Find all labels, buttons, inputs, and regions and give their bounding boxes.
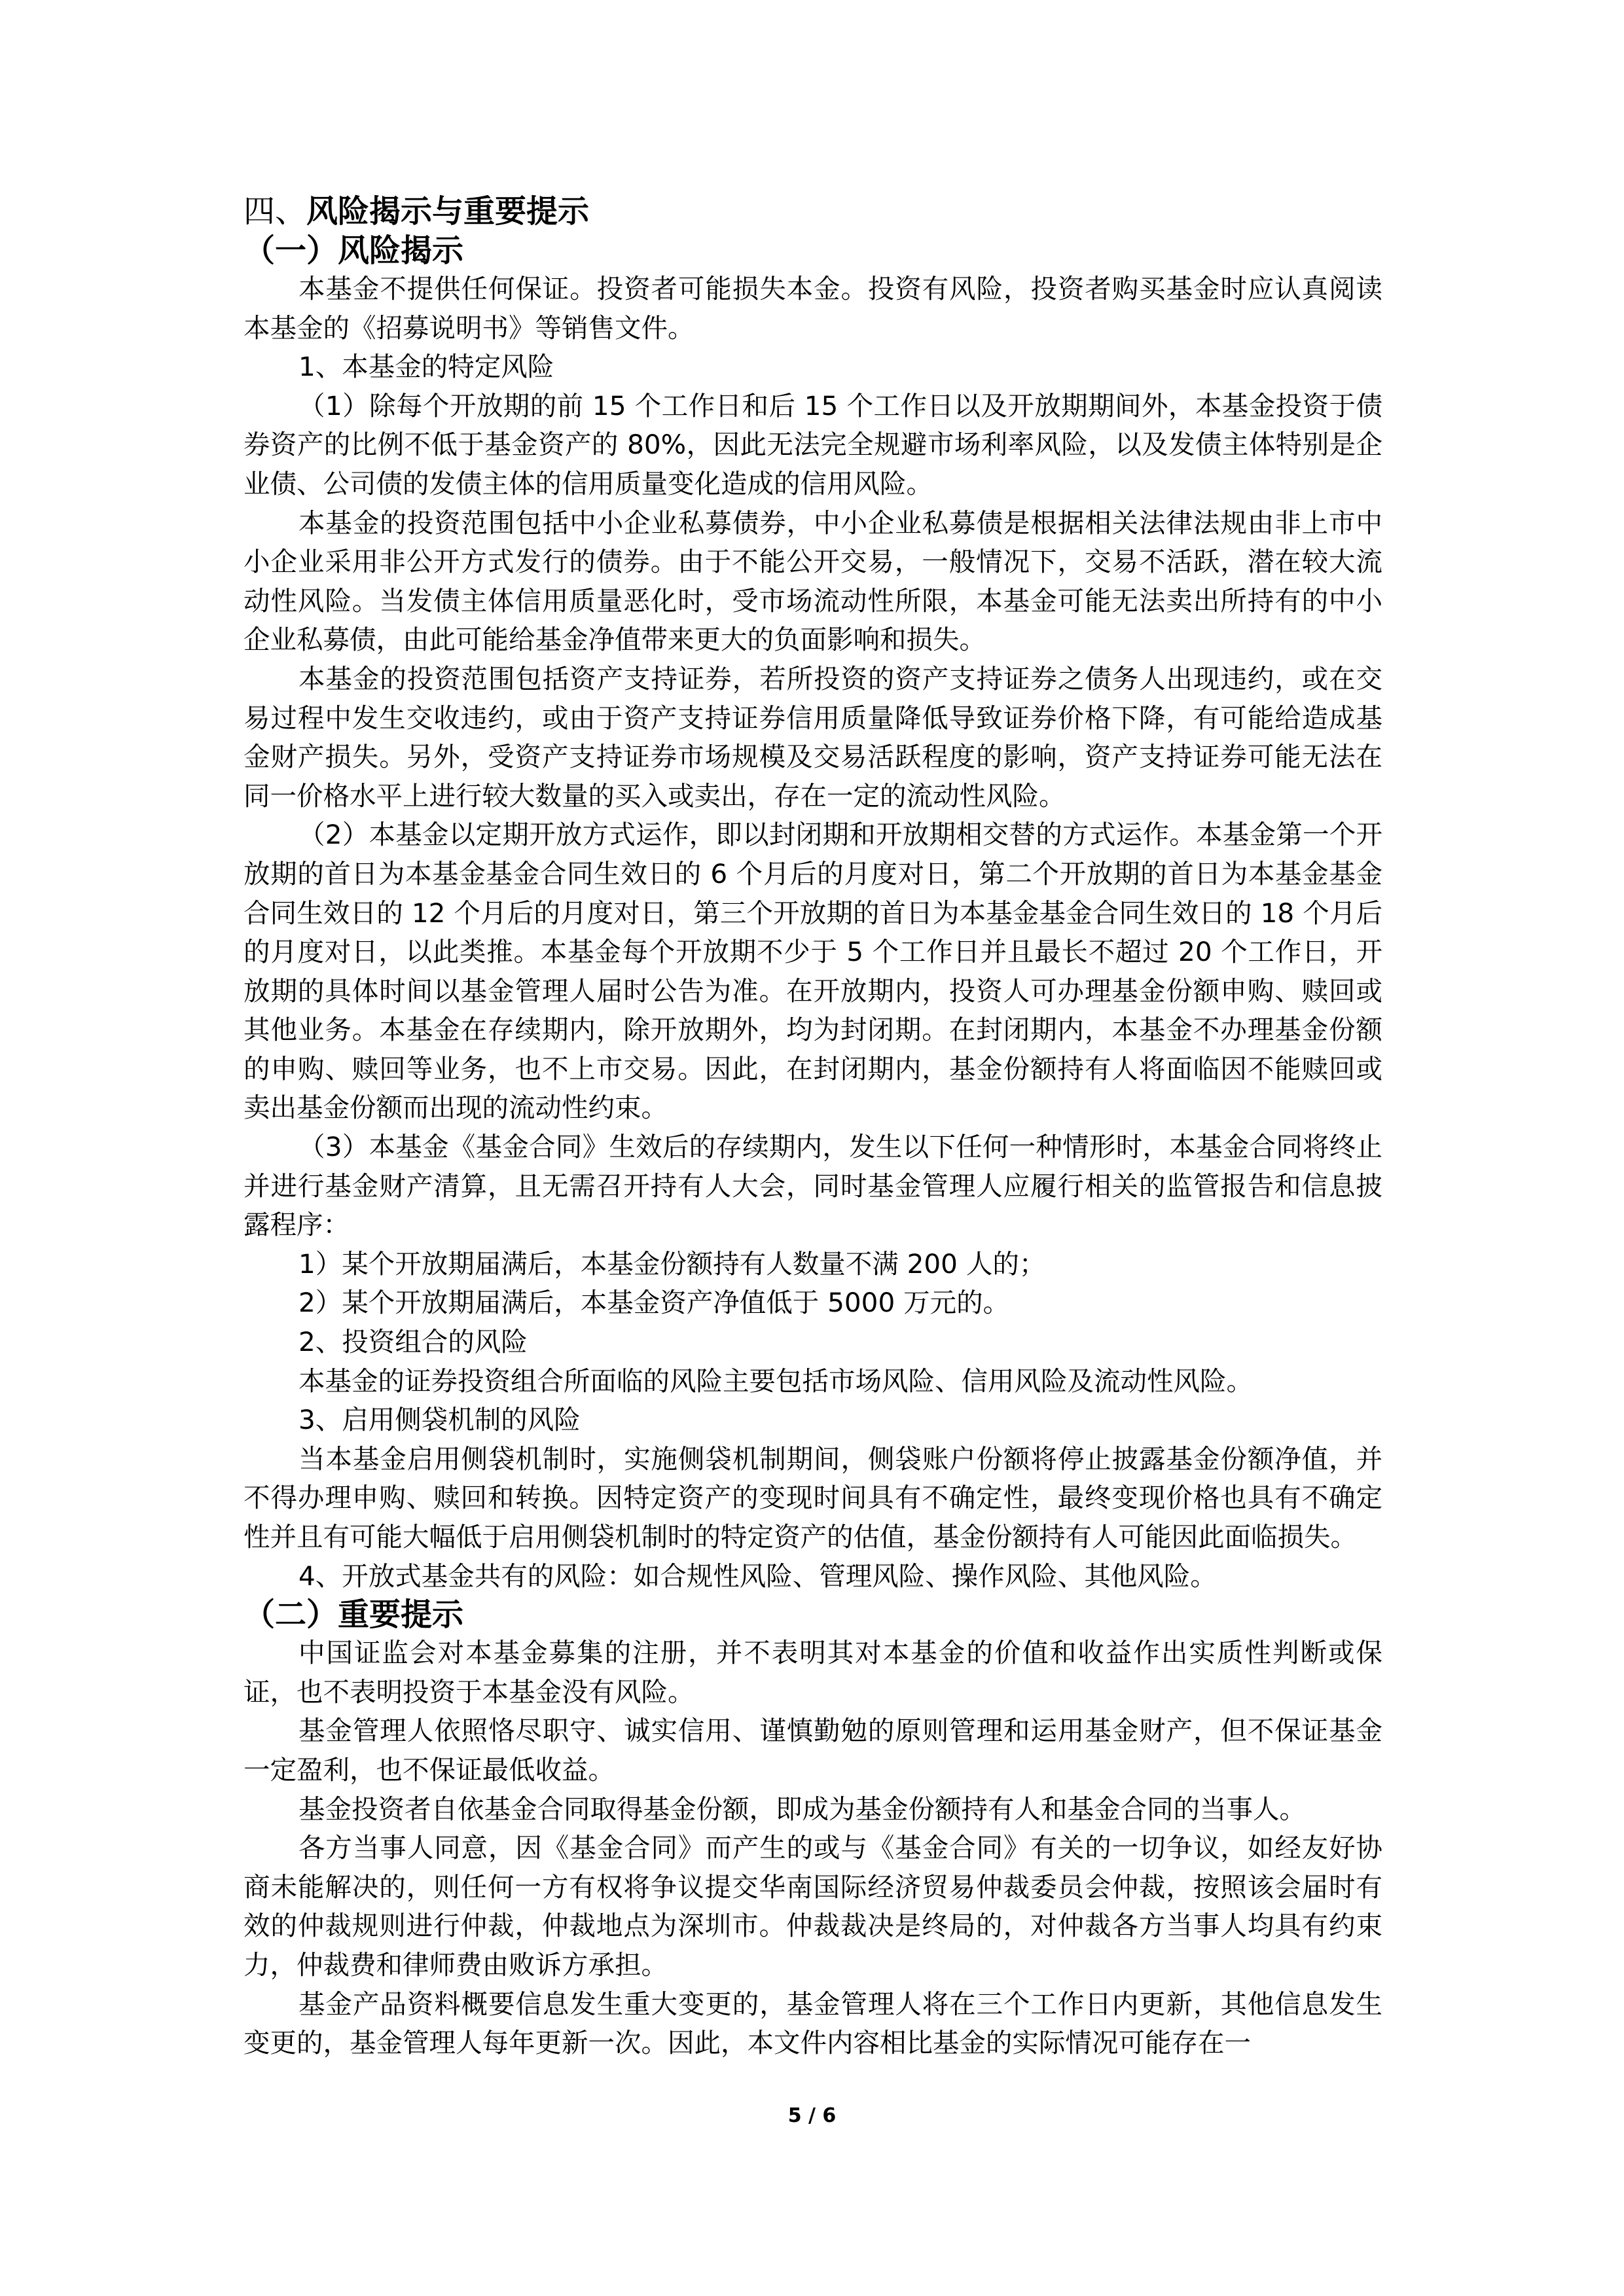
paragraph-risk-3: （3）本基金《基金合同》生效后的存续期内，发生以下任何一种情形时，本基金合同将终… <box>244 1128 1382 1245</box>
subsection-heading-risk-disclosure: （一）风险揭示 <box>244 232 1382 270</box>
paragraph-risk-2: （2）本基金以定期开放方式运作，即以封闭期和开放期相交替的方式运作。本基金第一个… <box>244 816 1382 1128</box>
paragraph-arbitration: 各方当事人同意，因《基金合同》而产生的或与《基金合同》有关的一切争议，如经友好协… <box>244 1829 1382 1984</box>
item-open-end-fund-risk: 4、开放式基金共有的风险：如合规性风险、管理风险、操作风险、其他风险。 <box>244 1557 1382 1596</box>
section-title-text: 风险揭示与重要提示 <box>306 193 589 230</box>
item-heading-specific-risk: 1、本基金的特定风险 <box>244 348 1382 387</box>
document-page: 四、风险揭示与重要提示 （一）风险揭示 本基金不提供任何保证。投资者可能损失本金… <box>244 191 1382 2063</box>
item-heading-side-pocket-risk: 3、启用侧袋机制的风险 <box>244 1401 1382 1440</box>
paragraph-manager-duty: 基金管理人依照恪尽职守、诚实信用、谨慎勤勉的原则管理和运用基金财产，但不保证基金… <box>244 1712 1382 1789</box>
paragraph-risk-1: （1）除每个开放期的前 15 个工作日和后 15 个工作日以及开放期期间外，本基… <box>244 387 1382 504</box>
paragraph-csrc-registration: 中国证监会对本基金募集的注册，并不表明其对本基金的价值和收益作出实质性判断或保证… <box>244 1634 1382 1712</box>
paragraph-asset-backed-securities: 本基金的投资范围包括资产支持证券，若所投资的资产支持证券之债务人出现违约，或在交… <box>244 660 1382 816</box>
paragraph-no-guarantee: 本基金不提供任何保证。投资者可能损失本金。投资有风险，投资者购买基金时应认真阅读… <box>244 270 1382 348</box>
paragraph-portfolio-risk: 本基金的证券投资组合所面临的风险主要包括市场风险、信用风险及流动性风险。 <box>244 1362 1382 1401</box>
list-item-condition-2: 2）某个开放期届满后，本基金资产净值低于 5000 万元的。 <box>244 1283 1382 1323</box>
paragraph-side-pocket-risk: 当本基金启用侧袋机制时，实施侧袋机制期间，侧袋账户份额将停止披露基金份额净值，并… <box>244 1440 1382 1557</box>
list-item-condition-1: 1）某个开放期届满后，本基金份额持有人数量不满 200 人的； <box>244 1245 1382 1284</box>
subsection-heading-important-notice: （二）重要提示 <box>244 1596 1382 1634</box>
paragraph-sme-private-bonds: 本基金的投资范围包括中小企业私募债券，中小企业私募债是根据相关法律法规由非上市中… <box>244 504 1382 660</box>
paragraph-investor-status: 基金投资者自依基金合同取得基金份额，即成为基金份额持有人和基金合同的当事人。 <box>244 1790 1382 1829</box>
page-number: 5 / 6 <box>0 2103 1624 2129</box>
section-number: 四、 <box>244 193 306 230</box>
section-title: 四、风险揭示与重要提示 <box>244 191 1382 232</box>
item-heading-portfolio-risk: 2、投资组合的风险 <box>244 1323 1382 1362</box>
paragraph-update-policy: 基金产品资料概要信息发生重大变更的，基金管理人将在三个工作日内更新，其他信息发生… <box>244 1985 1382 2063</box>
